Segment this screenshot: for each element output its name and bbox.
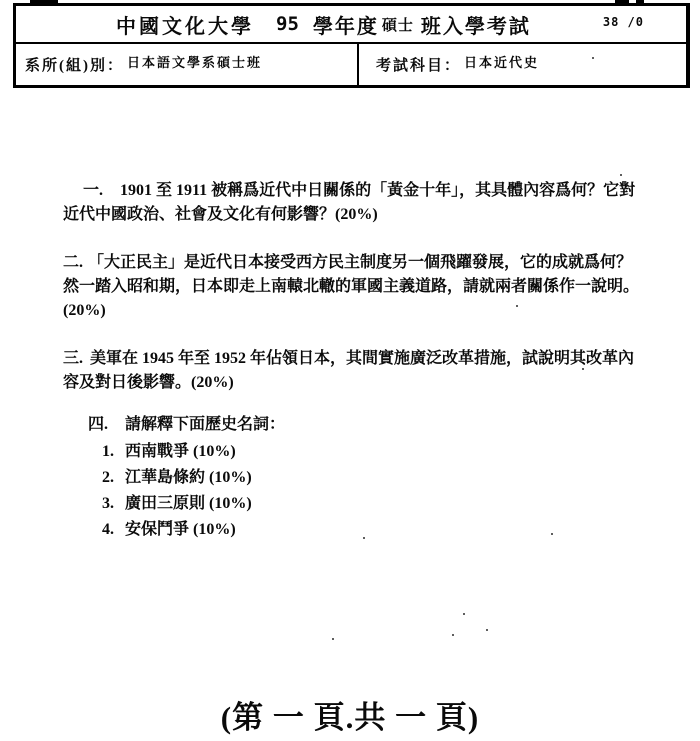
- scan-noise-dot: [516, 305, 518, 307]
- question-4-text: 請解釋下面歷史名詞：: [125, 416, 285, 433]
- question-area: 一.1901 至 1911 被稱爲近代中日關係的「黃金十年」，其具體內容爲何？它…: [63, 179, 647, 543]
- question-2: 二.「大正民主」是近代日本接受西方民主制度另一個飛躍發展，它的成就爲何？然一踏入…: [63, 251, 647, 323]
- question-4-number: 四.: [88, 416, 108, 433]
- scan-noise-dot: [452, 634, 454, 636]
- question-2-text: 「大正民主」是近代日本接受西方民主制度另一個飛躍發展，它的成就爲何？然一踏入昭和…: [63, 254, 639, 319]
- university-name: 中國文化大學: [116, 10, 254, 39]
- scan-noise-dot: [620, 174, 622, 176]
- scan-noise-dot: [582, 368, 584, 370]
- department-cell: 系所(組)別： 日本語文學系碩士班: [16, 44, 359, 85]
- sub-question-3-text: 廣田三原則 (10%): [125, 495, 252, 512]
- header-title-row: 中國文化大學 95 學年度 碩士 班入學考試 38 /0: [16, 6, 686, 44]
- sub-question-1: 1.西南戰爭 (10%): [102, 439, 647, 465]
- question-1-text: 1901 至 1911 被稱爲近代中日關係的「黃金十年」，其具體內容爲何？它對近…: [63, 182, 635, 223]
- exam-title-post: 班入學考試: [421, 10, 531, 39]
- question-1: 一.1901 至 1911 被稱爲近代中日關係的「黃金十年」，其具體內容爲何？它…: [63, 179, 647, 227]
- question-4-sublist: 1.西南戰爭 (10%) 2.江華島條約 (10%) 3.廣田三原則 (10%)…: [102, 439, 647, 543]
- header-info-row: 系所(組)別： 日本語文學系碩士班 考試科目： 日本近代史: [16, 44, 686, 85]
- sub-question-2: 2.江華島條約 (10%): [102, 465, 647, 491]
- exam-header-table: 中國文化大學 95 學年度 碩士 班入學考試 38 /0 系所(組)別： 日本語…: [13, 3, 690, 88]
- question-3-number: 三.: [63, 350, 83, 367]
- department-label: 系所(組)別：: [25, 54, 124, 75]
- subject-label: 考試科目：: [376, 54, 461, 75]
- sub-question-3-number: 3.: [102, 491, 117, 517]
- sub-question-1-text: 西南戰爭 (10%): [125, 443, 236, 460]
- academic-year: 95: [276, 13, 299, 35]
- exam-title-pre: 學年度: [313, 10, 379, 39]
- scan-noise-dot: [592, 57, 594, 59]
- question-4: 四.請解釋下面歷史名詞：: [63, 413, 647, 437]
- question-3-text: 美軍在 1945 年至 1952 年佔領日本，其間實施廣泛改革措施，試說明其改革…: [63, 350, 634, 391]
- scan-noise-dot: [363, 537, 365, 539]
- page-indicator: (第 一 頁.共 一 頁): [0, 692, 700, 737]
- sub-question-4-number: 4.: [102, 517, 117, 543]
- exam-paper-page: 中國文化大學 95 學年度 碩士 班入學考試 38 /0 系所(組)別： 日本語…: [0, 0, 700, 741]
- question-1-number: 一.: [83, 182, 103, 199]
- sub-question-4-text: 安保鬥爭 (10%): [125, 521, 236, 538]
- subject-cell: 考試科目： 日本近代史: [359, 44, 686, 85]
- question-2-number: 二.: [63, 254, 83, 271]
- scan-noise-dot: [551, 533, 553, 535]
- subject-value: 日本近代史: [464, 52, 539, 71]
- sub-question-1-number: 1.: [102, 439, 117, 465]
- degree-level: 碩士: [382, 14, 414, 35]
- sub-question-2-number: 2.: [102, 465, 117, 491]
- sub-question-4: 4.安保鬥爭 (10%): [102, 517, 647, 543]
- corner-code: 38 /0: [603, 15, 644, 29]
- sub-question-2-text: 江華島條約 (10%): [125, 469, 252, 486]
- scan-noise-dot: [486, 629, 488, 631]
- question-3: 三.美軍在 1945 年至 1952 年佔領日本，其間實施廣泛改革措施，試說明其…: [63, 347, 647, 395]
- scan-noise-dot: [332, 638, 334, 640]
- scan-noise-dot: [463, 613, 465, 615]
- department-value: 日本語文學系碩士班: [127, 52, 262, 71]
- sub-question-3: 3.廣田三原則 (10%): [102, 491, 647, 517]
